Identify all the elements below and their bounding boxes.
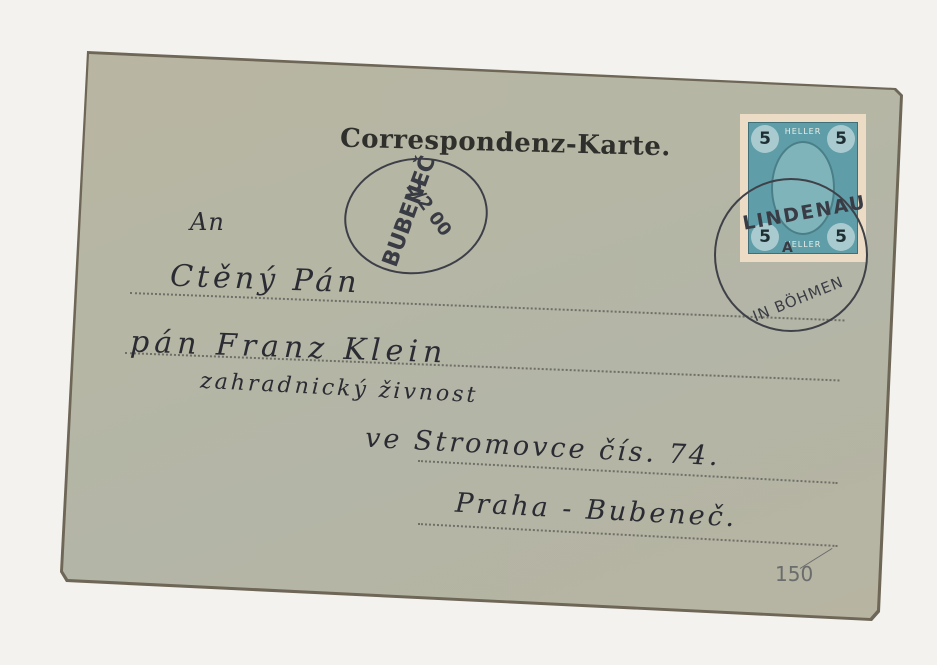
pencil-price-note: 150 [775,562,813,586]
postmark-lindenau: LINDENAU A IN BÖHMEN [714,178,868,332]
postmark-town: LINDENAU [741,191,868,234]
stamp-denomination-top: HELLER [749,127,857,136]
address-recipient-title: Ctěný Pán [169,259,361,301]
salutation: An [190,208,225,236]
postmark-region: IN BÖHMEN [750,273,846,326]
postmark-code: A [782,240,793,256]
